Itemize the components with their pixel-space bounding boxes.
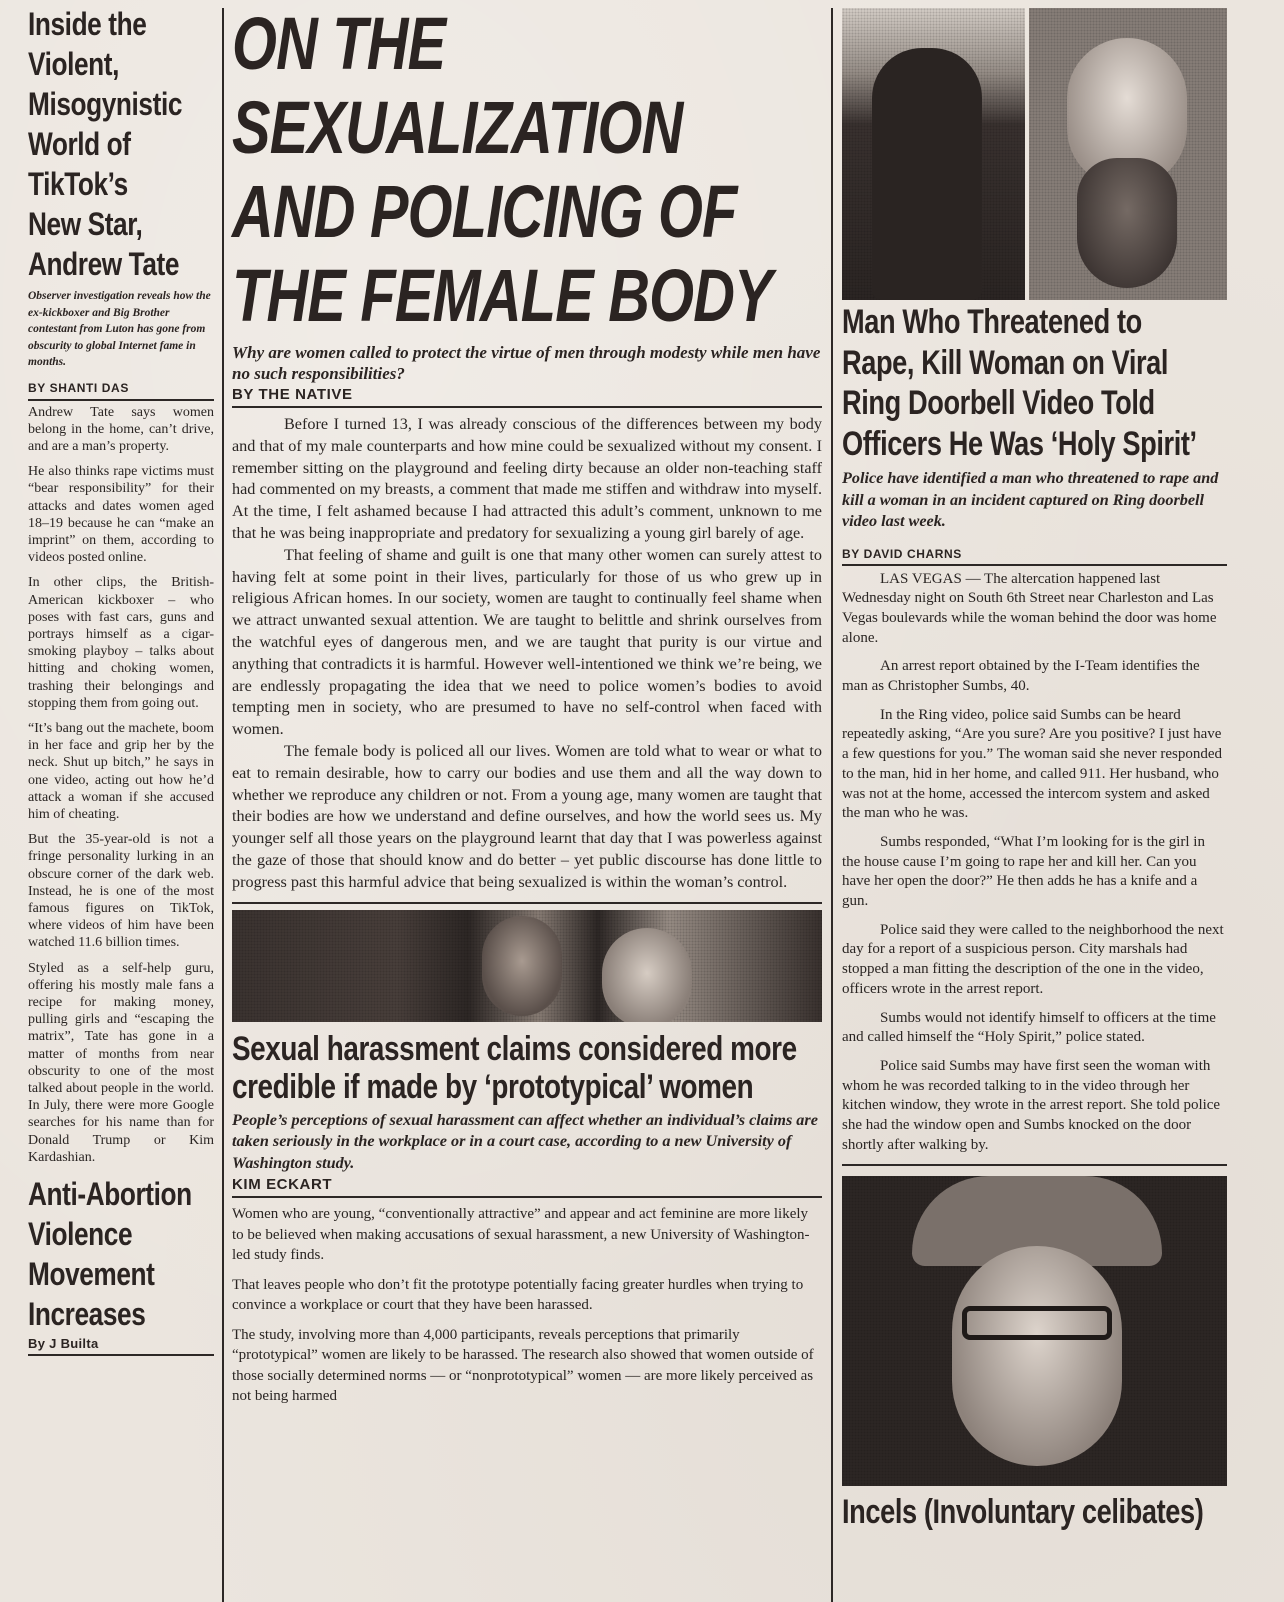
suspect-photo-right [1029,8,1227,300]
byline-rule [232,1196,822,1198]
headline-line: Inside the [28,4,217,44]
sub-headline: Sexual harassment claims considered more… [232,1030,822,1106]
byline-rule [28,399,214,401]
headline-line: ON THE [232,2,825,86]
left-deck: Observer investigation reveals how the e… [28,288,214,371]
left-second-byline: By J Builta [28,1336,214,1351]
headline-line: Movement [28,1254,217,1294]
right-byline: BY DAVID CHARNS [842,547,1227,561]
paragraph: Women who are young, “conventionally att… [232,1204,822,1266]
section-rule [232,902,822,904]
sub-byline: KIM ECKART [232,1176,822,1193]
newspaper-page: Inside the Violent, Misogynistic World o… [0,0,1284,1602]
column-divider-left [222,8,224,1602]
paragraph: That feeling of shame and guilt is one t… [232,545,822,741]
paragraph: Styled as a self-help guru, offering his… [28,960,214,1166]
headline-line: THE FEMALE BODY [232,254,825,338]
beard [1077,158,1177,288]
headline-line: Ring Doorbell Video Told [842,383,1226,424]
headline-line: Anti-Abortion [28,1174,217,1214]
sub-deck: People’s perceptions of sexual harassmen… [232,1110,822,1175]
center-column: ON THE SEXUALIZATION AND POLICING OF THE… [232,0,822,1416]
left-headline: Inside the Violent, Misogynistic World o… [28,4,217,284]
glasses [962,1306,1112,1340]
headline-line: Increases [28,1294,217,1334]
headline-line: AND POLICING OF [232,170,825,254]
headline-line: World of [28,124,217,164]
suspect-photos [842,8,1227,300]
headline-line: Violent, [28,44,217,84]
main-byline: BY THE NATIVE [232,386,822,403]
incel-photo [842,1176,1227,1486]
paragraph: He also thinks rape victims must “bear r… [28,463,214,566]
paragraph: The female body is policed all our lives… [232,741,822,894]
suspect-photo-left [842,8,1025,300]
paragraph: Before I turned 13, I was already consci… [232,414,822,545]
paragraph: Police said Sumbs may have first seen th… [842,1057,1227,1156]
left-byline: BY SHANTI DAS [28,381,214,395]
byline-rule [842,564,1227,566]
right-column: Man Who Threatened to Rape, Kill Woman o… [842,0,1227,1533]
left-column: Inside the Violent, Misogynistic World o… [28,0,214,1356]
left-article-body: Andrew Tate says women belong in the hom… [28,404,214,1167]
face-left [482,916,562,1016]
face-right [602,928,692,1022]
section-rule [842,1164,1227,1166]
headline-line: New Star, [28,204,217,244]
paragraph: But the 35-year-old is not a fringe pers… [28,831,214,951]
paragraph: LAS VEGAS — The altercation happened las… [842,570,1227,649]
headline-line: Andrew Tate [28,244,217,284]
byline-rule [232,406,822,408]
main-deck: Why are women called to protect the virt… [232,342,822,384]
paragraph: In other clips, the British-American kic… [28,574,214,712]
paragraph: Sumbs would not identify himself to offi… [842,1009,1227,1048]
left-second-headline: Anti-Abortion Violence Movement Increase… [28,1174,217,1334]
paragraph: Sumbs responded, “What I’m looking for i… [842,833,1227,912]
headline-line: TikTok’s [28,164,217,204]
harassment-photo [232,910,822,1022]
paragraph: “It’s bang out the machete, boom in her … [28,720,214,823]
paragraph: Police said they were called to the neig… [842,921,1227,1000]
headline-line: Officers He Was ‘Holy Spirit’ [842,424,1226,465]
headline-line: credible if made by ‘prototypical’ women [232,1068,822,1106]
column-divider-right [831,8,833,1602]
paragraph: That leaves people who don’t fit the pro… [232,1275,822,1316]
right-headline: Man Who Threatened to Rape, Kill Woman o… [842,302,1226,464]
headline-line: Sexual harassment claims considered more [232,1030,822,1068]
silhouette [872,48,982,300]
right-deck: Police have identified a man who threate… [842,468,1227,533]
paragraph: An arrest report obtained by the I-Team … [842,657,1227,696]
right-article-body: LAS VEGAS — The altercation happened las… [842,570,1227,1156]
paragraph: The study, involving more than 4,000 par… [232,1325,822,1407]
incel-headline: Incels (Involuntary celibates) [842,1492,1226,1533]
headline-line: SEXUALIZATION [232,86,825,170]
paragraph: Andrew Tate says women belong in the hom… [28,404,214,456]
main-article-body: Before I turned 13, I was already consci… [232,414,822,894]
headline-line: Violence [28,1214,217,1254]
headline-line: Man Who Threatened to [842,302,1226,343]
headline-line: Misogynistic [28,84,217,124]
main-headline: ON THE SEXUALIZATION AND POLICING OF THE… [232,2,825,338]
face [952,1246,1122,1466]
paragraph: In the Ring video, police said Sumbs can… [842,706,1227,824]
sub-article-body: Women who are young, “conventionally att… [232,1204,822,1407]
byline-rule [28,1354,214,1356]
headline-line: Rape, Kill Woman on Viral [842,343,1226,384]
